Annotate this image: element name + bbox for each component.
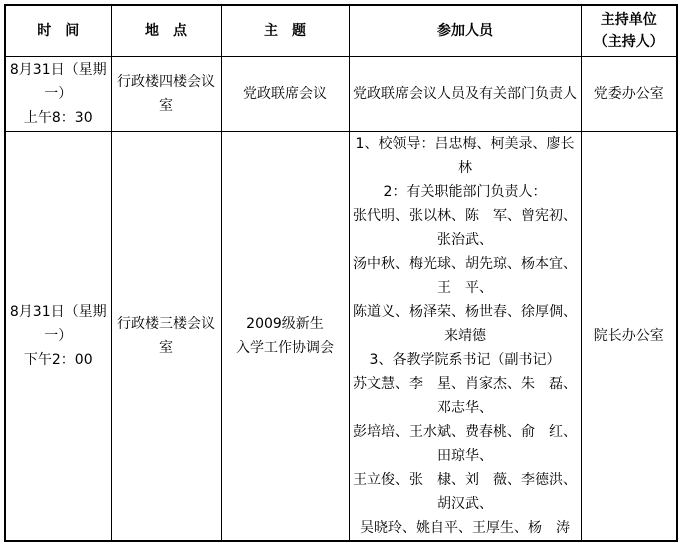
- cell-topic: 党政联席会议: [221, 56, 349, 131]
- table-header-row: 时 间 地 点 主 题 参加人员 主持单位 （主持人）: [5, 5, 677, 56]
- cell-time: 8月31日（星期一） 上午8：30: [5, 56, 111, 131]
- cell-host-unit: 党委办公室: [581, 56, 677, 131]
- cell-time: 8月31日（星期一） 下午2：00: [5, 131, 111, 541]
- cell-location: 行政楼四楼会议室: [111, 56, 221, 131]
- header-participants: 参加人员: [349, 5, 581, 56]
- cell-location: 行政楼三楼会议室: [111, 131, 221, 541]
- cell-participants: 党政联席会议人员及有关部门负责人: [349, 56, 581, 131]
- header-location: 地 点: [111, 5, 221, 56]
- cell-host-unit: 院长办公室: [581, 131, 677, 541]
- cell-topic: 2009级新生 入学工作协调会: [221, 131, 349, 541]
- header-host-unit: 主持单位 （主持人）: [581, 5, 677, 56]
- header-topic: 主 题: [221, 5, 349, 56]
- meeting-schedule-table: 时 间 地 点 主 题 参加人员 主持单位 （主持人） 8月31日（星期一） 上…: [4, 4, 678, 542]
- header-time: 时 间: [5, 5, 111, 56]
- table-row: 8月31日（星期一） 上午8：30 行政楼四楼会议室 党政联席会议 党政联席会议…: [5, 56, 677, 131]
- cell-participants: 1、校领导：吕忠梅、柯美录、廖长林 2：有关职能部门负责人： 张代明、张以林、陈…: [349, 131, 581, 541]
- table-row: 8月31日（星期一） 下午2：00 行政楼三楼会议室 2009级新生 入学工作协…: [5, 131, 677, 541]
